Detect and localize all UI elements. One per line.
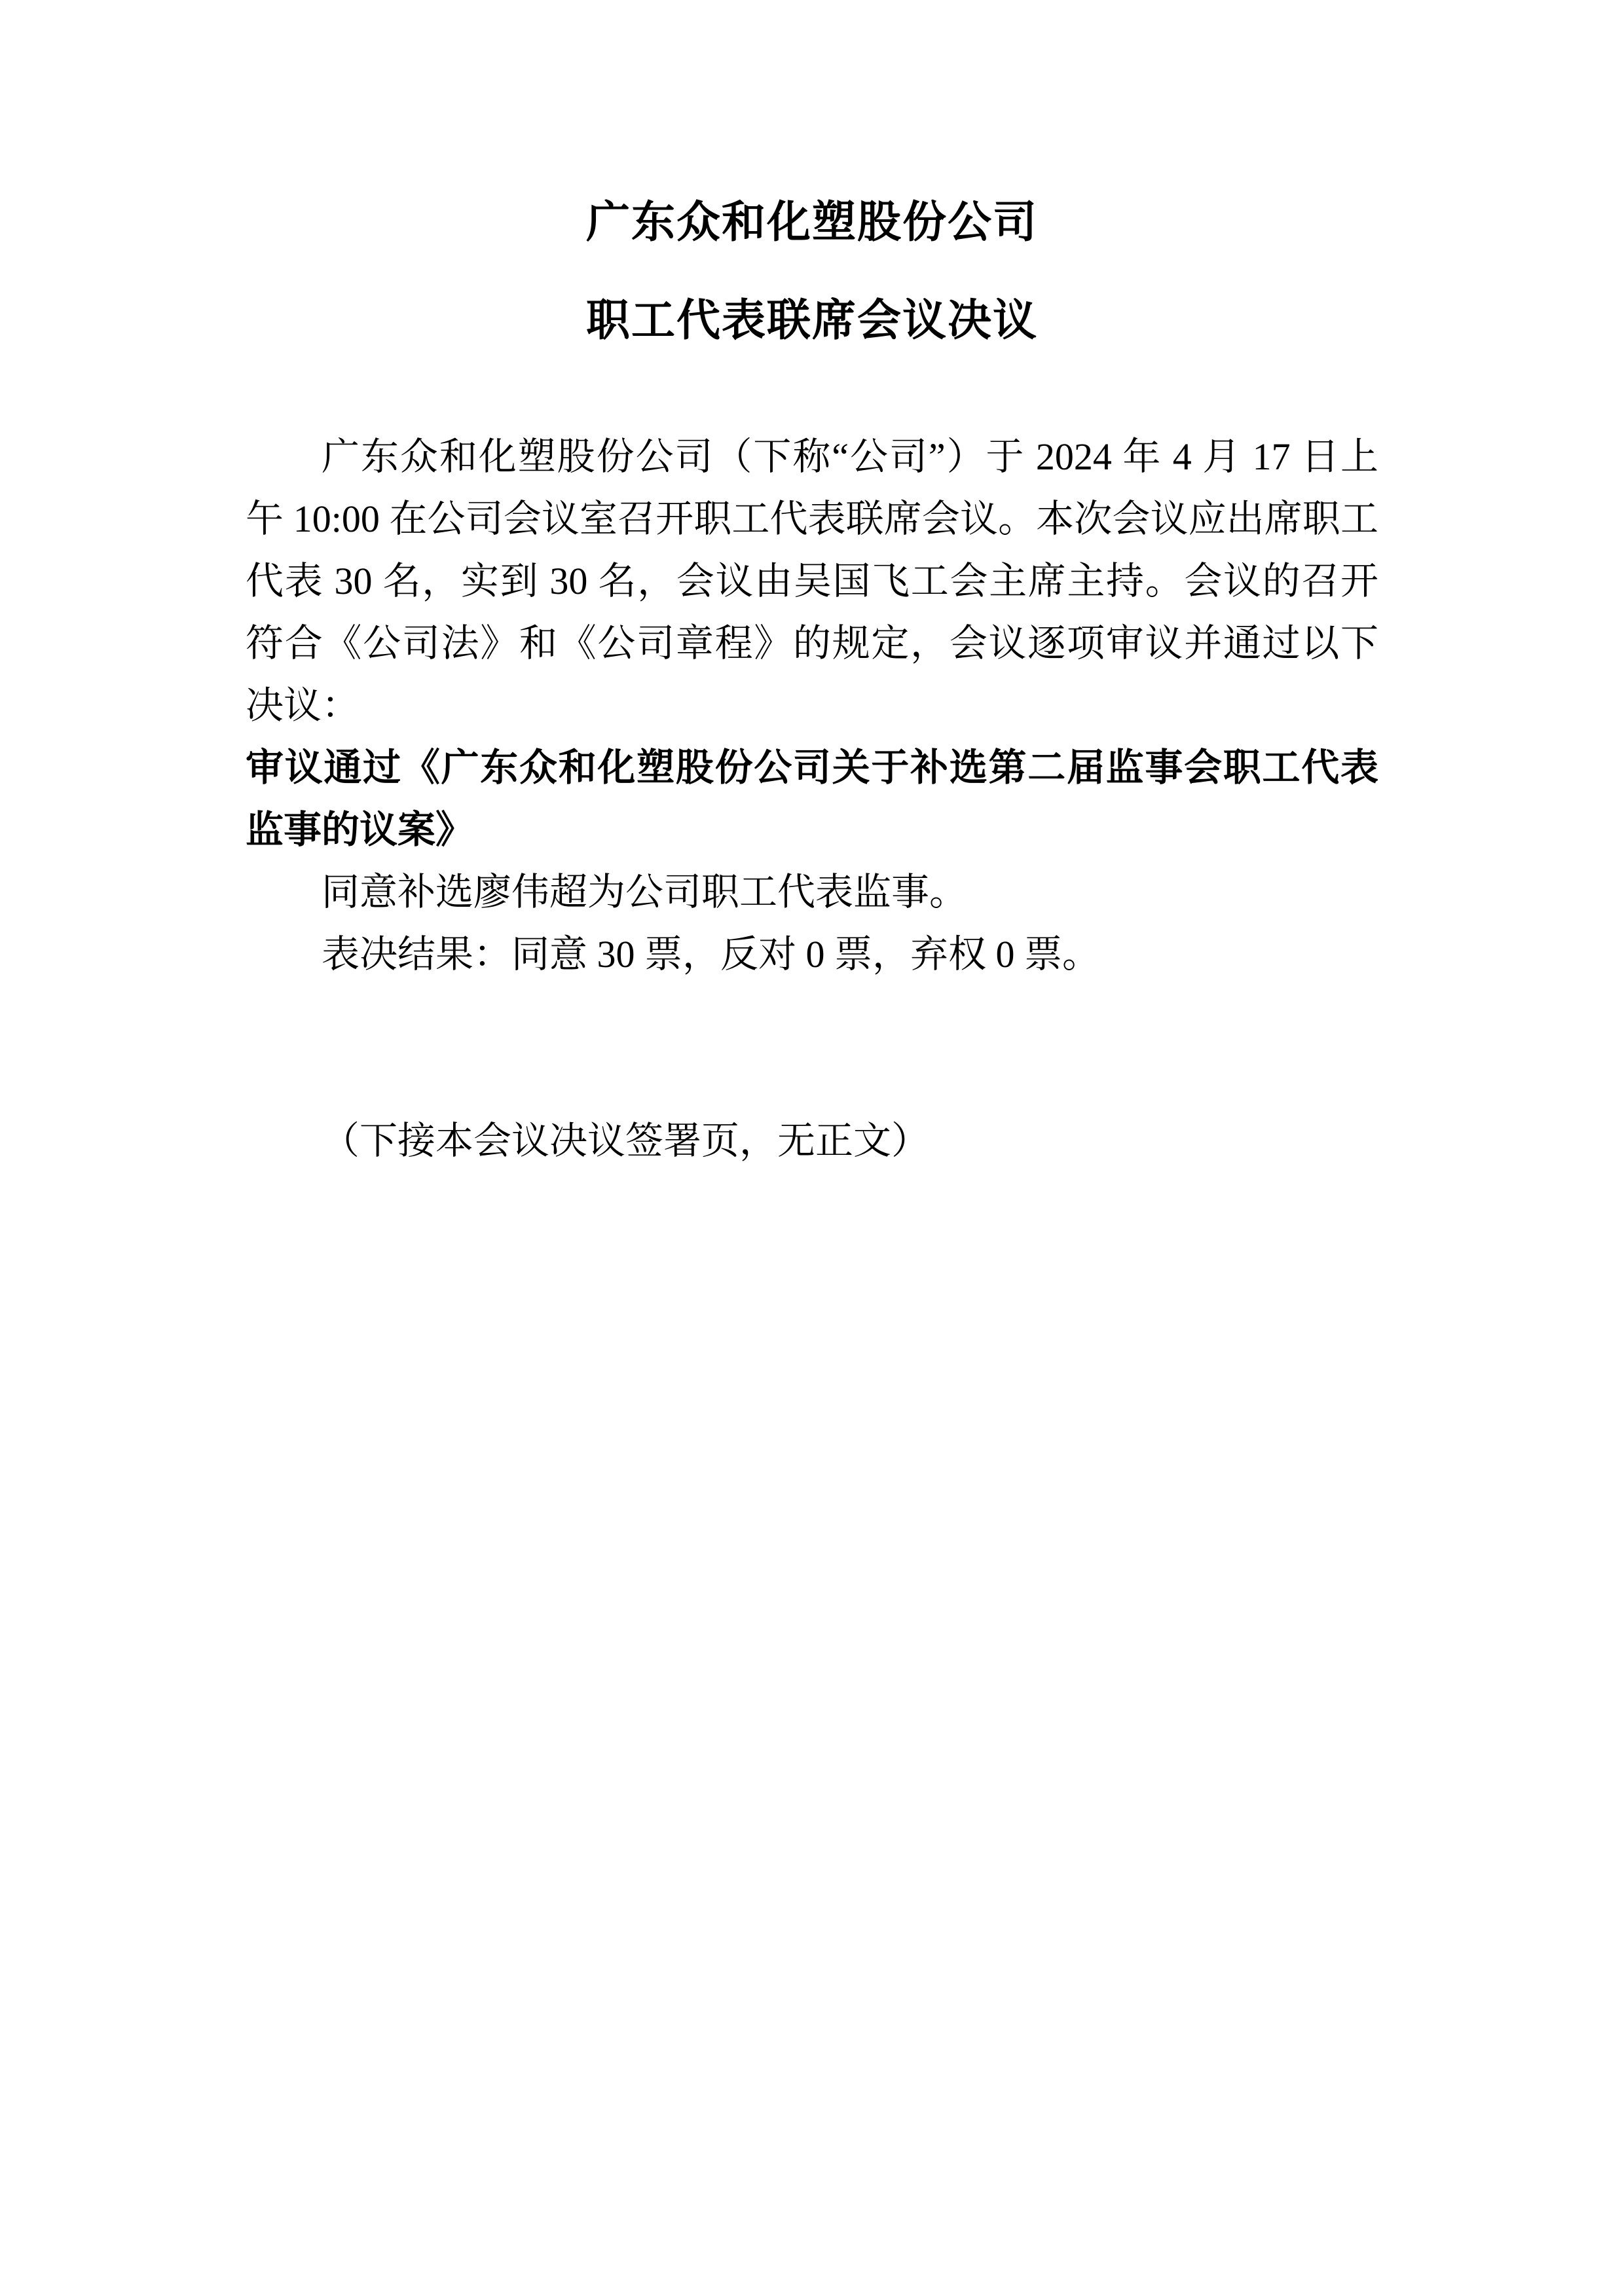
vote-result: 表决结果：同意 30 票，反对 0 票，弃权 0 票。 [246, 923, 1378, 985]
document-body: 广东众和化塑股份公司（下称“公司”）于 2024 年 4 月 17 日上午 10… [246, 426, 1378, 1172]
page-subtitle: 职工代表联席会议决议 [246, 272, 1378, 370]
closing-note: （下接本会议决议签署页，无正文） [246, 1110, 1378, 1172]
resolution-heading: 审议通过《广东众和化塑股份公司关于补选第二届监事会职工代表监事的议案》 [246, 737, 1378, 861]
page-title: 广东众和化塑股份公司 [246, 173, 1378, 272]
resolution-body: 同意补选廖伟超为公司职工代表监事。 [246, 861, 1378, 923]
document-page: 广东众和化塑股份公司 职工代表联席会议决议 广东众和化塑股份公司（下称“公司”）… [0, 0, 1624, 2296]
intro-paragraph: 广东众和化塑股份公司（下称“公司”）于 2024 年 4 月 17 日上午 10… [246, 426, 1378, 737]
